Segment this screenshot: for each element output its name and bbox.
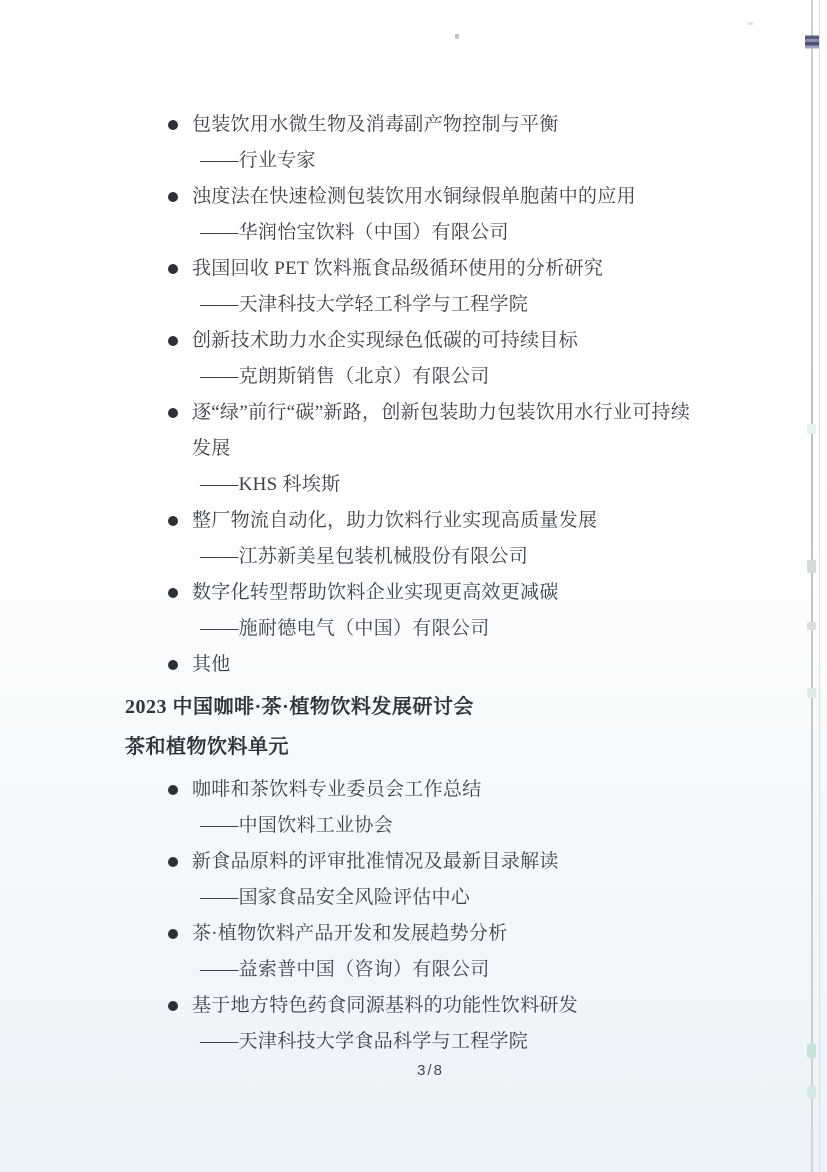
agenda-item: 茶·植物饮料产品开发和发展趋势分析 ——益索普中国（咨询）有限公司 (0, 916, 827, 988)
agenda-item: 其他 (0, 647, 827, 683)
bullet-icon (168, 1001, 178, 1011)
scan-artifact (807, 1044, 816, 1058)
agenda-item: 创新技术助力水企实现绿色低碳的可持续目标 ——克朗斯销售（北京）有限公司 (0, 323, 827, 395)
scan-artifact (807, 424, 816, 434)
agenda-item-title: 包装饮用水微生物及消毒副产物控制与平衡 (192, 107, 559, 143)
page-number: 3/8 (17, 1060, 827, 1082)
agenda-item: 浊度法在快速检测包装饮用水铜绿假单胞菌中的应用 ——华润怡宝饮料（中国）有限公司 (0, 179, 827, 251)
agenda-item: 咖啡和茶饮料专业委员会工作总结 ——中国饮料工业协会 (0, 772, 827, 844)
agenda-item-presenter: ——益索普中国（咨询）有限公司 (0, 952, 827, 988)
bullet-icon (168, 588, 178, 598)
agenda-item: 我国回收 PET 饮料瓶食品级循环使用的分析研究 ——天津科技大学轻工科学与工程… (0, 251, 827, 323)
agenda-item-title: 新食品原料的评审批准情况及最新目录解读 (192, 844, 559, 880)
scan-artifact (748, 22, 753, 25)
tea-unit-agenda-list: 咖啡和茶饮料专业委员会工作总结 ——中国饮料工业协会 新食品原料的评审批准情况及… (0, 772, 827, 1060)
scan-artifact (807, 622, 816, 630)
section-heading: 2023 中国咖啡·茶·植物饮料发展研讨会 (125, 689, 827, 725)
agenda-item-title: 创新技术助力水企实现绿色低碳的可持续目标 (192, 323, 578, 359)
bullet-icon (168, 857, 178, 867)
agenda-item: 新食品原料的评审批准情况及最新目录解读 ——国家食品安全风险评估中心 (0, 844, 827, 916)
scan-edge-line-outer (819, 0, 820, 1172)
scan-artifact (807, 560, 816, 573)
scan-artifact (455, 34, 459, 39)
agenda-item-title: 我国回收 PET 饮料瓶食品级循环使用的分析研究 (192, 251, 603, 287)
agenda-item-presenter: ——KHS 科埃斯 (0, 467, 827, 503)
agenda-item-presenter: ——江苏新美星包装机械股份有限公司 (0, 539, 827, 575)
unit-heading: 茶和植物饮料单元 (125, 729, 827, 765)
agenda-item: 逐“绿”前行“碳”新路，创新包装助力包装饮用水行业可持续 发展 ——KHS 科埃… (0, 395, 827, 503)
bullet-icon (168, 516, 178, 526)
scan-edge-line (811, 0, 813, 1172)
scan-artifact (807, 1086, 816, 1098)
agenda-item-presenter: ——天津科技大学轻工科学与工程学院 (0, 287, 827, 323)
bullet-icon (168, 264, 178, 274)
agenda-item: 包装饮用水微生物及消毒副产物控制与平衡 ——行业专家 (0, 107, 827, 179)
agenda-item-title: 基于地方特色药食同源基料的功能性饮料研发 (192, 988, 578, 1024)
agenda-item-presenter: ——国家食品安全风险评估中心 (0, 880, 827, 916)
bullet-icon (168, 192, 178, 202)
bullet-icon (168, 929, 178, 939)
agenda-item: 数字化转型帮助饮料企业实现更高效更减碳 ——施耐德电气（中国）有限公司 (0, 575, 827, 647)
agenda-item-title: 数字化转型帮助饮料企业实现更高效更减碳 (192, 575, 559, 611)
agenda-item-presenter: ——中国饮料工业协会 (0, 808, 827, 844)
agenda-item-title: 整厂物流自动化，助力饮料行业实现高质量发展 (192, 503, 597, 539)
bullet-icon (168, 408, 178, 418)
agenda-item: 整厂物流自动化，助力饮料行业实现高质量发展 ——江苏新美星包装机械股份有限公司 (0, 503, 827, 575)
agenda-item-presenter: ——天津科技大学食品科学与工程学院 (0, 1024, 827, 1060)
agenda-item-title: 咖啡和茶饮料专业委员会工作总结 (192, 772, 482, 808)
agenda-item-title: 其他 (192, 647, 231, 683)
water-unit-agenda-list: 包装饮用水微生物及消毒副产物控制与平衡 ——行业专家 浊度法在快速检测包装饮用水… (0, 107, 827, 683)
agenda-item-presenter: ——克朗斯销售（北京）有限公司 (0, 359, 827, 395)
agenda-item-presenter: ——行业专家 (0, 143, 827, 179)
agenda-item-title: 浊度法在快速检测包装饮用水铜绿假单胞菌中的应用 (192, 179, 636, 215)
document-page: 包装饮用水微生物及消毒副产物控制与平衡 ——行业专家 浊度法在快速检测包装饮用水… (0, 0, 827, 1082)
bullet-icon (168, 120, 178, 130)
bullet-icon (168, 660, 178, 670)
bullet-icon (168, 336, 178, 346)
agenda-item-presenter: ——华润怡宝饮料（中国）有限公司 (0, 215, 827, 251)
agenda-item-title: 逐“绿”前行“碳”新路，创新包装助力包装饮用水行业可持续 发展 (192, 395, 690, 467)
agenda-item-title: 茶·植物饮料产品开发和发展趋势分析 (192, 916, 507, 952)
agenda-item: 基于地方特色药食同源基料的功能性饮料研发 ——天津科技大学食品科学与工程学院 (0, 988, 827, 1060)
agenda-item-presenter: ——施耐德电气（中国）有限公司 (0, 611, 827, 647)
bullet-icon (168, 785, 178, 795)
scan-artifact (807, 688, 816, 698)
staple-mark (805, 34, 819, 52)
